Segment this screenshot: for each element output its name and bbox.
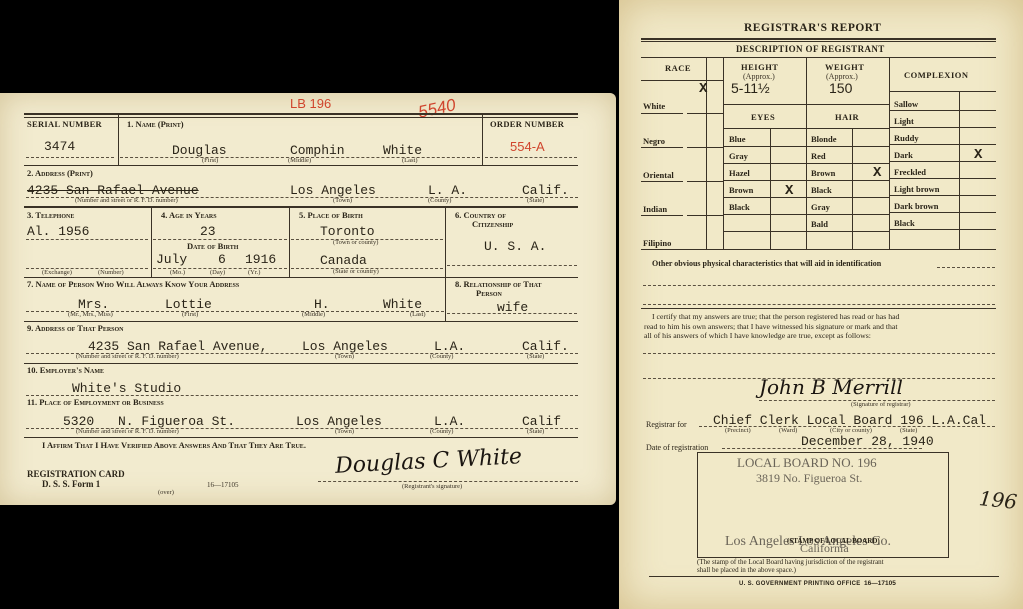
- contact-address-state: Calif.: [522, 339, 569, 354]
- contact-address-label: 9. Address of That Person: [27, 323, 124, 333]
- handwritten-number: 5540: [416, 95, 457, 122]
- dob-label: Date of Birth: [187, 241, 238, 251]
- form-number: D. S. S. Form 1: [42, 479, 100, 489]
- dob-year: 1916: [245, 252, 276, 267]
- stamp-line-1: LOCAL BOARD NO. 196: [737, 455, 877, 471]
- form-title: REGISTRATION CARD: [27, 469, 125, 479]
- complexion-light-brown-label: Light brown: [894, 184, 939, 194]
- address-street: 4235 San Rafael Avenue: [27, 183, 199, 198]
- place-of-birth-country-caption: (State or country): [333, 268, 379, 275]
- telephone-label: 3. Telephone: [27, 210, 74, 220]
- registrant-signature-caption: (Registrant's signature): [402, 483, 462, 490]
- address-county: L. A.: [428, 183, 467, 198]
- name-last: White: [383, 143, 422, 158]
- complexion-black-label: Black: [894, 218, 915, 228]
- address-state: Calif.: [522, 183, 569, 198]
- contact-last-caption: (Last): [410, 311, 426, 318]
- complexion-sallow-label: Sallow: [894, 99, 918, 109]
- employment-state-caption: (State): [527, 428, 544, 435]
- footer-code: 16—17105: [864, 580, 896, 587]
- city-county-caption: (City or county): [830, 427, 872, 434]
- contact-title-caption: (Mr., Mrs., Miss): [68, 311, 113, 318]
- serial-number-label: SERIAL NUMBER: [27, 119, 102, 129]
- complexion-dark-label: Dark: [894, 150, 913, 160]
- hair-black-label: Black: [811, 185, 832, 195]
- contact-first-caption: (First): [182, 311, 198, 318]
- contact-address-street: 4235 San Rafael Avenue,: [88, 339, 267, 354]
- relationship-label-2: Person: [476, 288, 502, 298]
- complexion-freckled-label: Freckled: [894, 167, 926, 177]
- employer-label: 10. Employer's Name: [27, 365, 104, 375]
- place-of-birth-town: Toronto: [320, 224, 375, 239]
- ward-caption: (Ward): [779, 427, 797, 434]
- dob-day-caption: (Day): [210, 269, 225, 276]
- contact-address-town: Los Angeles: [302, 339, 388, 354]
- address-town-caption: (Town): [333, 197, 352, 204]
- weight-value: 150: [829, 80, 852, 96]
- dob-year-caption: (Yr.): [248, 269, 260, 276]
- print-code: 16—17105: [207, 481, 239, 489]
- stamp-line-2: 3819 No. Figueroa St.: [756, 471, 862, 486]
- certification-line-2: read to him his own answers; that I have…: [644, 322, 898, 331]
- address-county-caption: (County): [428, 197, 451, 204]
- place-of-birth-town-caption: (Town or county): [333, 239, 378, 246]
- order-number-label: ORDER NUMBER: [490, 119, 564, 129]
- contact-title: Mrs.: [78, 297, 109, 312]
- certification-line-1: I certify that my answers are true; that…: [652, 312, 899, 321]
- citizenship-label-2: Citizenship: [472, 219, 513, 229]
- eyes-hazel-label: Hazel: [729, 168, 750, 178]
- complexion-ruddy-label: Ruddy: [894, 133, 919, 143]
- name-last-caption: (Last): [402, 157, 418, 164]
- telephone-number-caption: (Number): [98, 269, 124, 276]
- registrar-for-label: Registrar for: [646, 420, 687, 429]
- registration-date-value: December 28, 1940: [801, 434, 934, 449]
- employment-street-caption: (Number and street or R. F. D. number): [76, 428, 179, 435]
- other-characteristics-label: Other obvious physical characteristics t…: [652, 259, 881, 268]
- serial-number-value: 3474: [44, 139, 75, 154]
- employment-street: N. Figueroa St.: [118, 414, 235, 429]
- employment-place-label: 11. Place of Employment or Business: [27, 397, 164, 407]
- over-note: (over): [158, 489, 174, 496]
- contact-first: Lottie: [165, 297, 212, 312]
- race-negro-label: Negro: [643, 136, 665, 146]
- eyes-header: EYES: [751, 112, 775, 122]
- contact-address-county: L.A.: [434, 339, 465, 354]
- address-label: 2. Address (Print): [27, 168, 93, 178]
- name-middle-caption: (Middle): [288, 157, 311, 164]
- race-filipino-label: Filipino: [643, 238, 671, 248]
- eyes-brown-label: Brown: [729, 185, 753, 195]
- race-oriental-label: Oriental: [643, 170, 674, 180]
- eyes-gray-label: Gray: [729, 151, 748, 161]
- stamp-note-2: shall be placed in the above space.): [697, 566, 796, 574]
- complexion-light-label: Light: [894, 116, 914, 126]
- registrar-signature-caption: (Signature of registrar): [851, 401, 911, 408]
- eyes-black-label: Black: [729, 202, 750, 212]
- hair-bald-label: Bald: [811, 219, 828, 229]
- contact-address-street-caption: (Number and street or R. F. D. number): [76, 353, 179, 360]
- employer-value: White's Studio: [72, 381, 181, 396]
- registrars-report-back: REGISTRAR'S REPORT DESCRIPTION OF REGIST…: [619, 0, 1023, 609]
- place-of-birth-label: 5. Place of Birth: [299, 210, 363, 220]
- contact-address-county-caption: (County): [430, 353, 453, 360]
- hair-brown-label: Brown: [811, 168, 835, 178]
- height-value: 5-11½: [731, 80, 770, 96]
- race-indian-label: Indian: [643, 204, 667, 214]
- employment-town: Los Angeles: [296, 414, 382, 429]
- report-subtitle: DESCRIPTION OF REGISTRANT: [736, 44, 885, 54]
- hair-gray-label: Gray: [811, 202, 830, 212]
- name-middle: Comphin: [290, 143, 345, 158]
- dob-month-caption: (Mo.): [170, 269, 185, 276]
- contact-middle-caption: (Middle): [302, 311, 325, 318]
- affirmation-text: I Affirm That I Have Verified Above Answ…: [42, 440, 306, 450]
- weight-header: WEIGHT: [825, 62, 864, 72]
- height-header: HEIGHT: [741, 62, 778, 72]
- order-number-value: 554-A: [510, 139, 545, 154]
- complexion-header: COMPLEXION: [904, 70, 969, 80]
- hair-red-label: Red: [811, 151, 826, 161]
- race-white-label: White: [643, 101, 665, 111]
- address-town: Los Angeles: [290, 183, 376, 198]
- address-street-caption: (Number and street or R. F. D. number): [75, 197, 178, 204]
- name-first-caption: (First): [202, 157, 218, 164]
- age-value: 23: [200, 224, 216, 239]
- state-caption: (State): [900, 427, 917, 434]
- registrar-signature: John B Merrill: [759, 375, 903, 399]
- hair-header: HAIR: [835, 112, 859, 122]
- age-label: 4. Age in Years: [161, 210, 217, 220]
- contact-person-label: 7. Name of Person Who Will Always Know Y…: [27, 279, 239, 289]
- employment-state: Calif: [522, 414, 561, 429]
- report-title: REGISTRAR'S REPORT: [744, 22, 881, 34]
- complexion-dark-brown-label: Dark brown: [894, 201, 938, 211]
- contact-address-town-caption: (Town): [335, 353, 354, 360]
- race-header: RACE: [665, 63, 691, 73]
- employment-county: L.A.: [434, 414, 465, 429]
- telephone-exchange-caption: (Exchange): [42, 269, 72, 276]
- citizenship-value: U. S. A.: [484, 239, 546, 254]
- race-white-mark: X: [699, 81, 707, 97]
- dob-month: July: [156, 252, 187, 267]
- contact-last: White: [383, 297, 422, 312]
- hair-brown-mark: X: [873, 165, 881, 181]
- registration-date-label: Date of registration: [646, 443, 708, 452]
- side-number: 196: [978, 486, 1018, 514]
- local-board-stamp: LB 196: [290, 96, 331, 111]
- stamp-caption: (STAMP OF LOCAL BOARD): [787, 537, 880, 545]
- eyes-blue-label: Blue: [729, 134, 746, 144]
- employment-number: 5320: [63, 414, 94, 429]
- contact-address-state-caption: (State): [527, 353, 544, 360]
- dob-day: 6: [218, 252, 226, 267]
- name-label: 1. Name (Print): [127, 119, 184, 129]
- stamp-note-1: (The stamp of the Local Board having jur…: [697, 558, 884, 566]
- place-of-birth-country: Canada: [320, 253, 367, 268]
- certification-line-3: all of his answers of which I have knowl…: [644, 331, 871, 340]
- telephone-value: Al. 1956: [27, 224, 89, 239]
- employment-county-caption: (County): [430, 428, 453, 435]
- registrant-signature: Douglas C White: [334, 444, 522, 479]
- hair-blonde-label: Blonde: [811, 134, 837, 144]
- employment-town-caption: (Town): [335, 428, 354, 435]
- address-state-caption: (State): [527, 197, 544, 204]
- precinct-caption: (Precinct): [725, 427, 751, 434]
- name-first: Douglas: [172, 143, 227, 158]
- contact-middle: H.: [314, 297, 330, 312]
- registration-card-front: LB 196 5540 SERIAL NUMBER 3474 1. Name (…: [0, 93, 616, 505]
- printing-office-footer: U. S. GOVERNMENT PRINTING OFFICE: [739, 581, 861, 587]
